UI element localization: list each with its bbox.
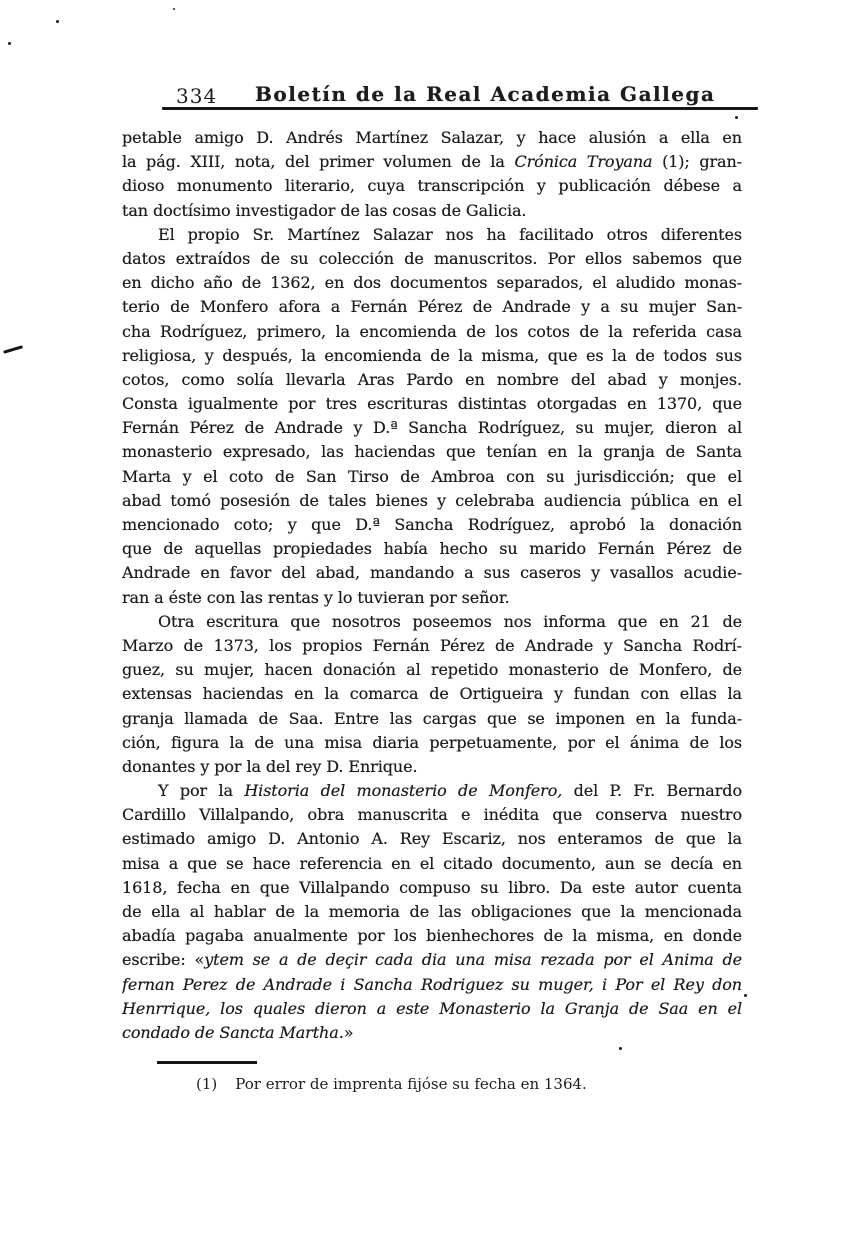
text-line: datos extraídos de su colección de manus…	[122, 247, 742, 271]
text-line: Henrrique, los quales dieron a este Mona…	[122, 997, 742, 1021]
footnote-marker: (1)	[196, 1074, 217, 1094]
text-line: en dicho año de 1362, en dos documentos …	[122, 271, 742, 295]
text-line: Fernán Pérez de Andrade y D.ª Sancha Rod…	[122, 416, 742, 440]
text-line: fernan Perez de Andrade i Sancha Rodrigu…	[122, 973, 742, 997]
scan-scratch-mark	[3, 345, 23, 353]
paragraph: petable amigo D. Andrés Martínez Salazar…	[122, 126, 742, 223]
footnote-text: Por error de imprenta fijóse su fecha en…	[235, 1075, 587, 1093]
text-line: ción, figura la de una misa diaria perpe…	[122, 731, 742, 755]
text-line: granja llamada de Saa. Entre las cargas …	[122, 707, 742, 731]
text-line: cotos, como solía llevarla Aras Pardo en…	[122, 368, 742, 392]
scan-speck	[56, 20, 59, 23]
text-line: donantes y por la del rey D. Enrique.	[122, 755, 742, 779]
scan-speck	[744, 994, 747, 997]
scan-speck	[619, 1047, 622, 1050]
text-line: Y por la Historia del monasterio de Monf…	[122, 779, 742, 803]
text-line: Marzo de 1373, los propios Fernán Pérez …	[122, 634, 742, 658]
body-text: petable amigo D. Andrés Martínez Salazar…	[122, 126, 742, 1045]
footnote: (1)Por error de imprenta fijóse su fecha…	[122, 1074, 742, 1094]
running-head: 334 Boletín de la Real Academia Gallega	[0, 82, 850, 106]
text-line: mencionado coto; y que D.ª Sancha Rodríg…	[122, 513, 742, 537]
text-line: petable amigo D. Andrés Martínez Salazar…	[122, 126, 742, 150]
header-rule	[162, 107, 758, 110]
text-line: estimado amigo D. Antonio A. Rey Escariz…	[122, 827, 742, 851]
text-line: Otra escritura que nosotros poseemos nos…	[122, 610, 742, 634]
text-line: abadía pagaba anualmente por los bienhec…	[122, 924, 742, 948]
page-number: 334	[176, 84, 217, 108]
text-line: abad tomó posesión de tales bienes y cel…	[122, 489, 742, 513]
text-line: de ella al hablar de la memoria de las o…	[122, 900, 742, 924]
footnote-rule	[157, 1061, 257, 1064]
text-line: Consta igualmente por tres escrituras di…	[122, 392, 742, 416]
text-line: escribe: «ytem se a de deçir cada dia un…	[122, 948, 742, 972]
text-line: extensas haciendas en la comarca de Orti…	[122, 682, 742, 706]
text-line: El propio Sr. Martínez Salazar nos ha fa…	[122, 223, 742, 247]
paragraph: El propio Sr. Martínez Salazar nos ha fa…	[122, 223, 742, 610]
page-title: Boletín de la Real Academia Gallega	[255, 82, 660, 106]
text-line: tan doctísimo investigador de las cosas …	[122, 199, 742, 223]
text-line: monasterio expresado, las haciendas que …	[122, 440, 742, 464]
text-line: 1618, fecha en que Villalpando compuso s…	[122, 876, 742, 900]
text-line: dioso monumento literario, cuya transcri…	[122, 174, 742, 198]
text-line: ran a éste con las rentas y lo tuvieran …	[122, 586, 742, 610]
text-line: condado de Sancta Martha.»	[122, 1021, 742, 1045]
text-line: Cardillo Villalpando, obra manuscrita e …	[122, 803, 742, 827]
scan-speck	[8, 42, 11, 45]
text-line: cha Rodríguez, primero, la encomienda de…	[122, 320, 742, 344]
paragraph: Y por la Historia del monasterio de Monf…	[122, 779, 742, 1045]
paragraph: Otra escritura que nosotros poseemos nos…	[122, 610, 742, 779]
text-line: Marta y el coto de San Tirso de Ambroa c…	[122, 465, 742, 489]
text-line: guez, su mujer, hacen donación al repeti…	[122, 658, 742, 682]
text-line: religiosa, y después, la encomienda de l…	[122, 344, 742, 368]
text-line: Andrade en favor del abad, mandando a su…	[122, 561, 742, 585]
text-line: misa a que se hace referencia en el cita…	[122, 852, 742, 876]
text-line: que de aquellas propiedades había hecho …	[122, 537, 742, 561]
scan-speck	[735, 116, 738, 119]
text-line: terio de Monfero afora a Fernán Pérez de…	[122, 295, 742, 319]
scanned-page: 334 Boletín de la Real Academia Gallega …	[0, 0, 850, 1243]
text-line: la pág. XIII, nota, del primer volumen d…	[122, 150, 742, 174]
scan-speck	[173, 8, 175, 10]
